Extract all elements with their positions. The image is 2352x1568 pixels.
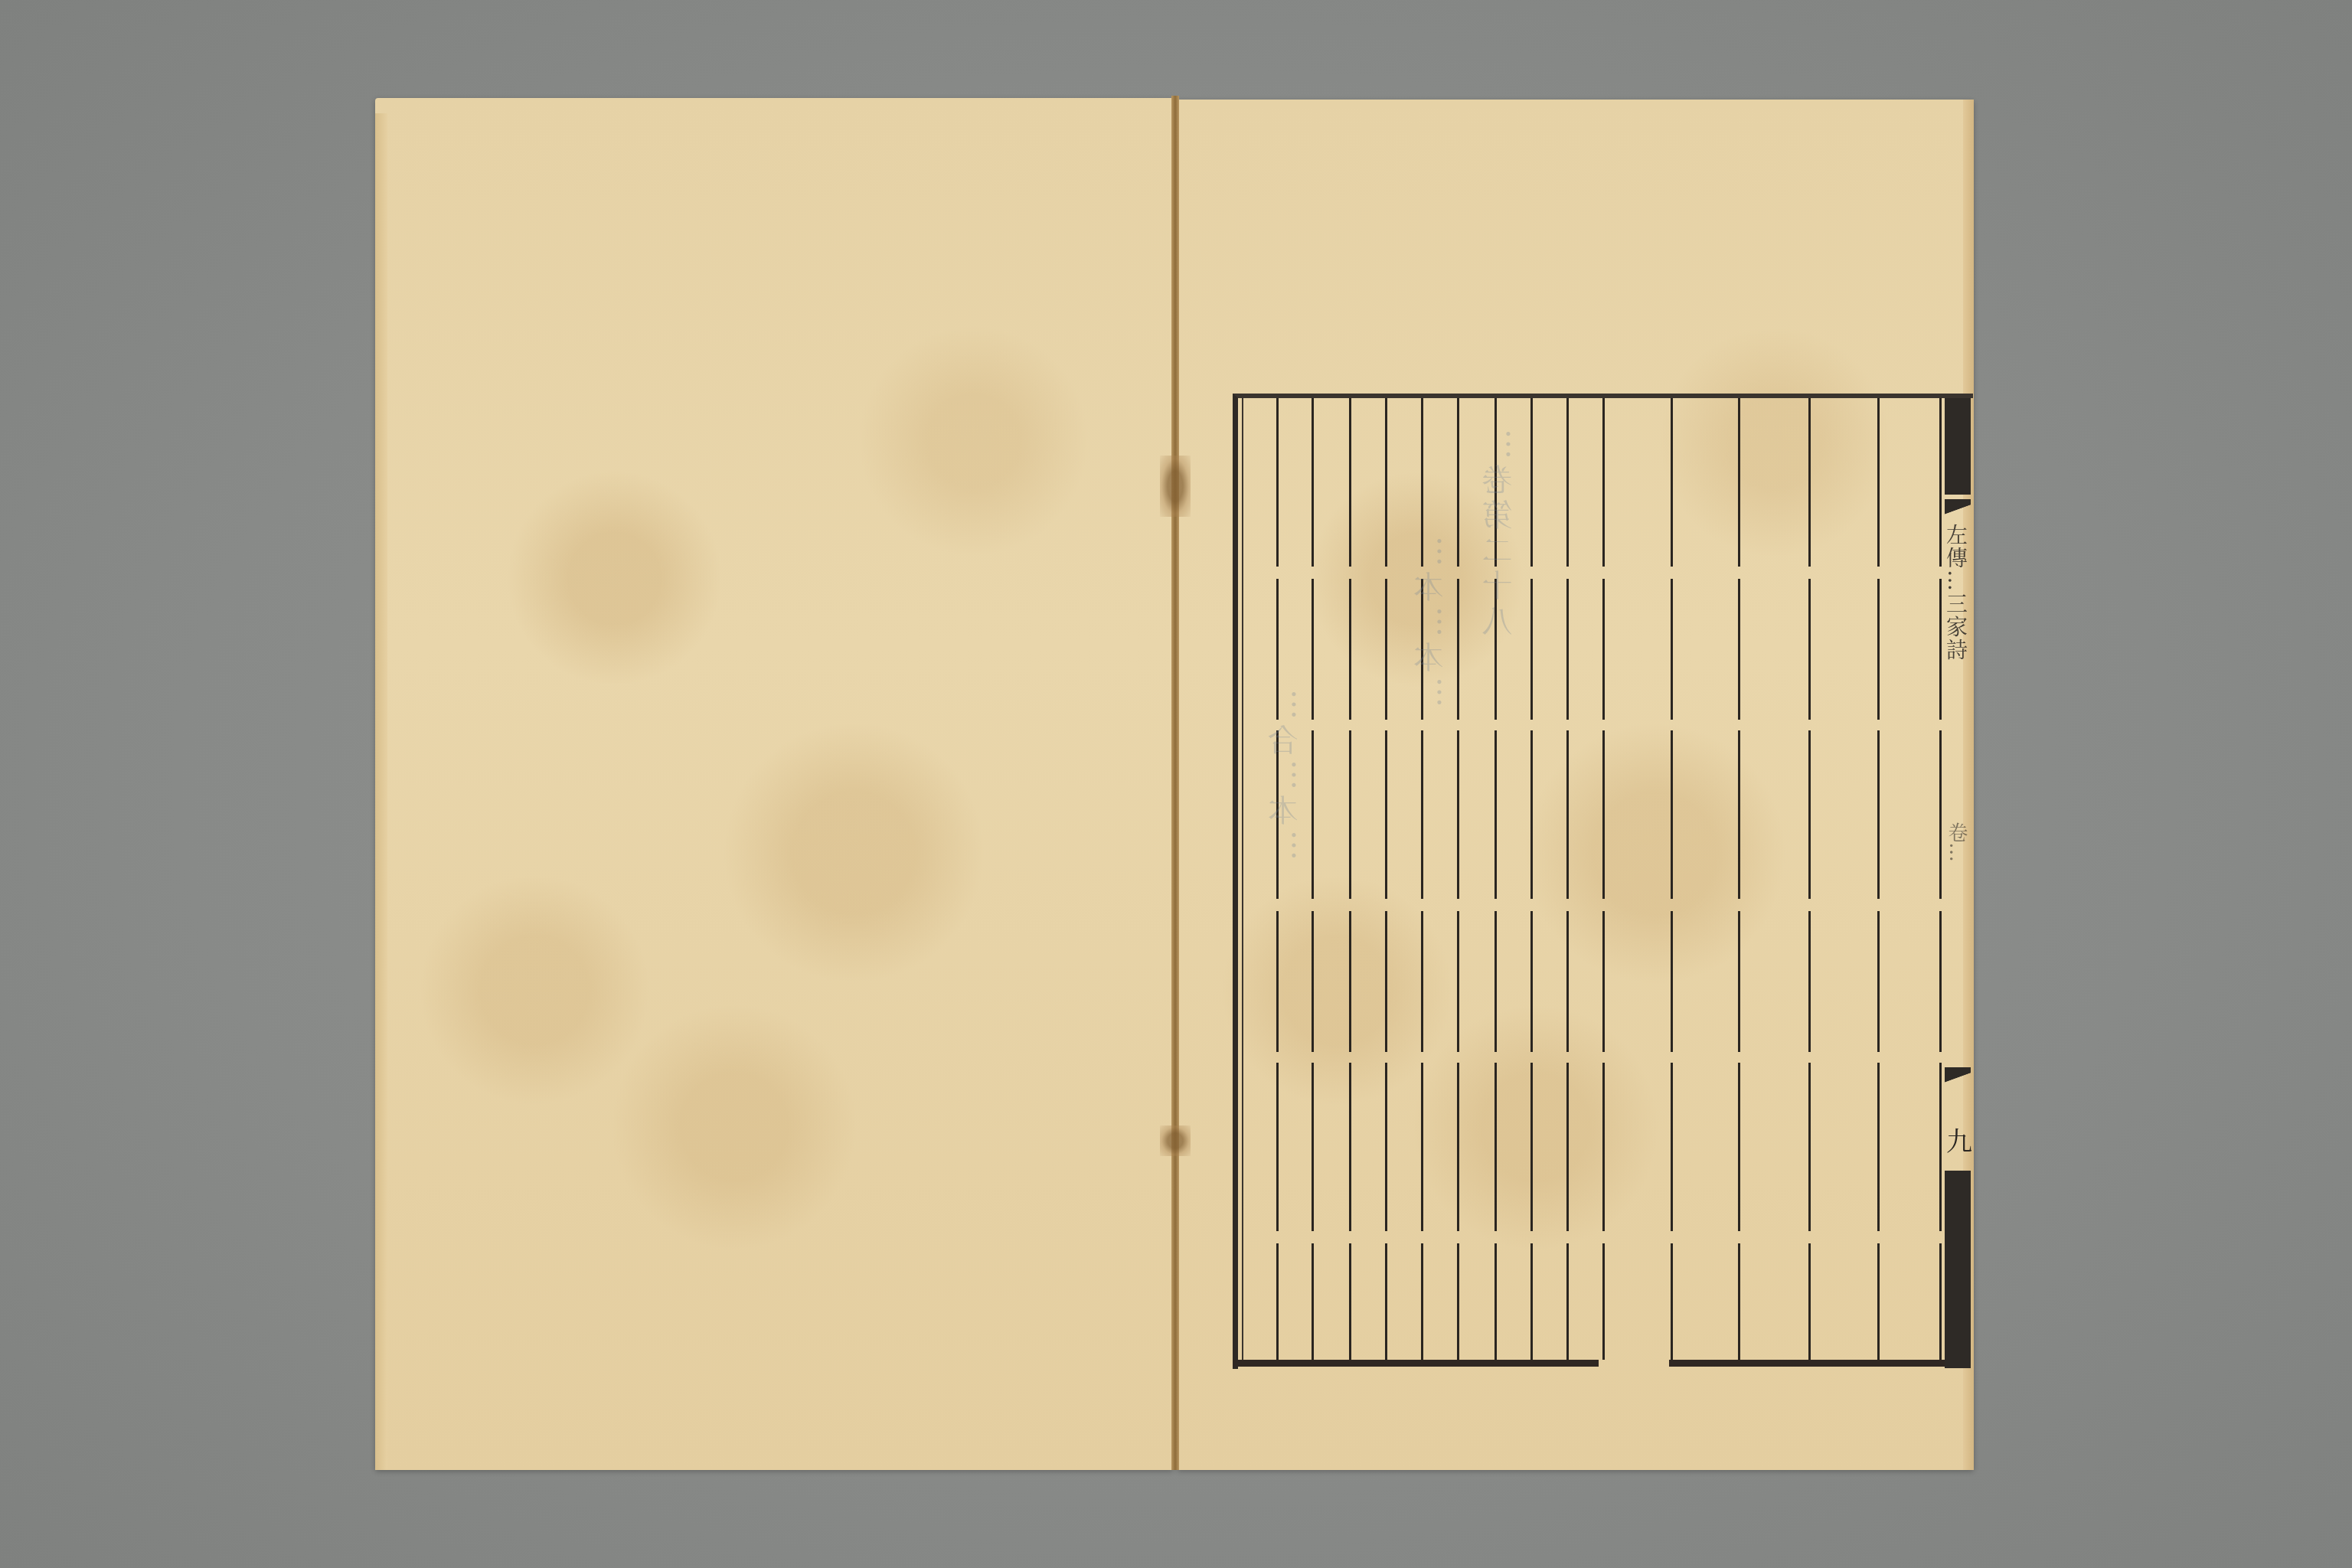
column-rule: [1738, 398, 1740, 1360]
column-rule: [1349, 398, 1351, 1360]
column-rule: [1530, 398, 1533, 1360]
column-rule: [1602, 398, 1605, 1360]
column-rule: [1276, 398, 1279, 1360]
fish-tail-mark-upper: [1945, 499, 1971, 519]
show-through-text: …本…本…: [1409, 536, 1452, 712]
binding-thread-mark-lower: [1160, 1125, 1191, 1156]
column-rule: [1385, 398, 1387, 1360]
left-page: [375, 98, 1173, 1470]
frame-bottom-right: [1669, 1360, 1969, 1367]
column-rule: [1877, 398, 1880, 1360]
column-rule: [1457, 398, 1459, 1360]
elephant-trunk-bar-top: [1945, 398, 1971, 495]
column-rule: [1671, 398, 1673, 1360]
column-rule: [1566, 398, 1569, 1360]
fish-tail-mark-lower: [1945, 1067, 1971, 1087]
frame-bottom-left: [1233, 1360, 1599, 1367]
banxin-juan: 卷…: [1948, 822, 1971, 862]
banxin-page-number: 九: [1946, 1121, 1972, 1158]
frame-inner-line: [1242, 398, 1243, 1361]
show-through-text: …合…本…: [1263, 689, 1307, 865]
banxin-title: 左傳…三家詩: [1946, 524, 1971, 661]
column-rule: [1808, 398, 1811, 1360]
elephant-trunk-bar-bottom: [1945, 1171, 1971, 1368]
banxin-center-column: 左傳…三家詩 卷… 九: [1945, 394, 1974, 1366]
gutter-fold: [1171, 96, 1179, 1470]
binding-thread-mark: [1160, 456, 1191, 517]
column-rule: [1312, 398, 1314, 1360]
show-through-text: …卷第二十八: [1478, 429, 1521, 640]
